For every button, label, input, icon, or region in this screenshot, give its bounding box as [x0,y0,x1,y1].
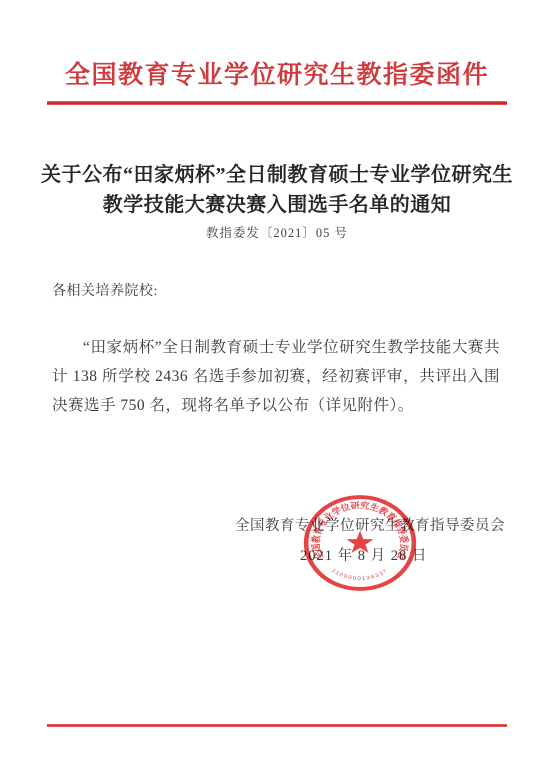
star-icon [346,531,373,553]
salutation: 各相关培养院校: [52,280,158,300]
letterhead-title: 全国教育专业学位研究生教指委函件 [0,55,554,91]
official-letter-page: 全国教育专业学位研究生教指委函件 关于公布“田家炳杯”全日制教育硕士专业学位研究… [0,0,554,782]
official-seal-graphic: 全国教育专业学位研究生教育指导委员会 1100000138337 [299,491,421,595]
official-seal: 全国教育专业学位研究生教育指导委员会 1100000138337 [299,491,421,595]
document-title: 关于公布“田家炳杯”全日制教育硕士专业学位研究生 教学技能大赛决赛入围选手名单的… [0,160,554,220]
svg-text:1100000138337: 1100000138337 [330,568,390,582]
document-number: 教指委发〔2021〕05 号 [0,223,554,241]
document-title-line2: 教学技能大赛决赛入围选手名单的通知 [0,190,554,220]
footer-divider-rule [47,724,507,727]
body-paragraph: “田家炳杯”全日制教育硕士专业学位研究生教学技能大赛共计 138 所学校 243… [52,333,500,420]
seal-serial-number: 1100000138337 [330,568,390,582]
letterhead-divider-rule [47,101,507,105]
document-title-line1: 关于公布“田家炳杯”全日制教育硕士专业学位研究生 [0,160,554,190]
